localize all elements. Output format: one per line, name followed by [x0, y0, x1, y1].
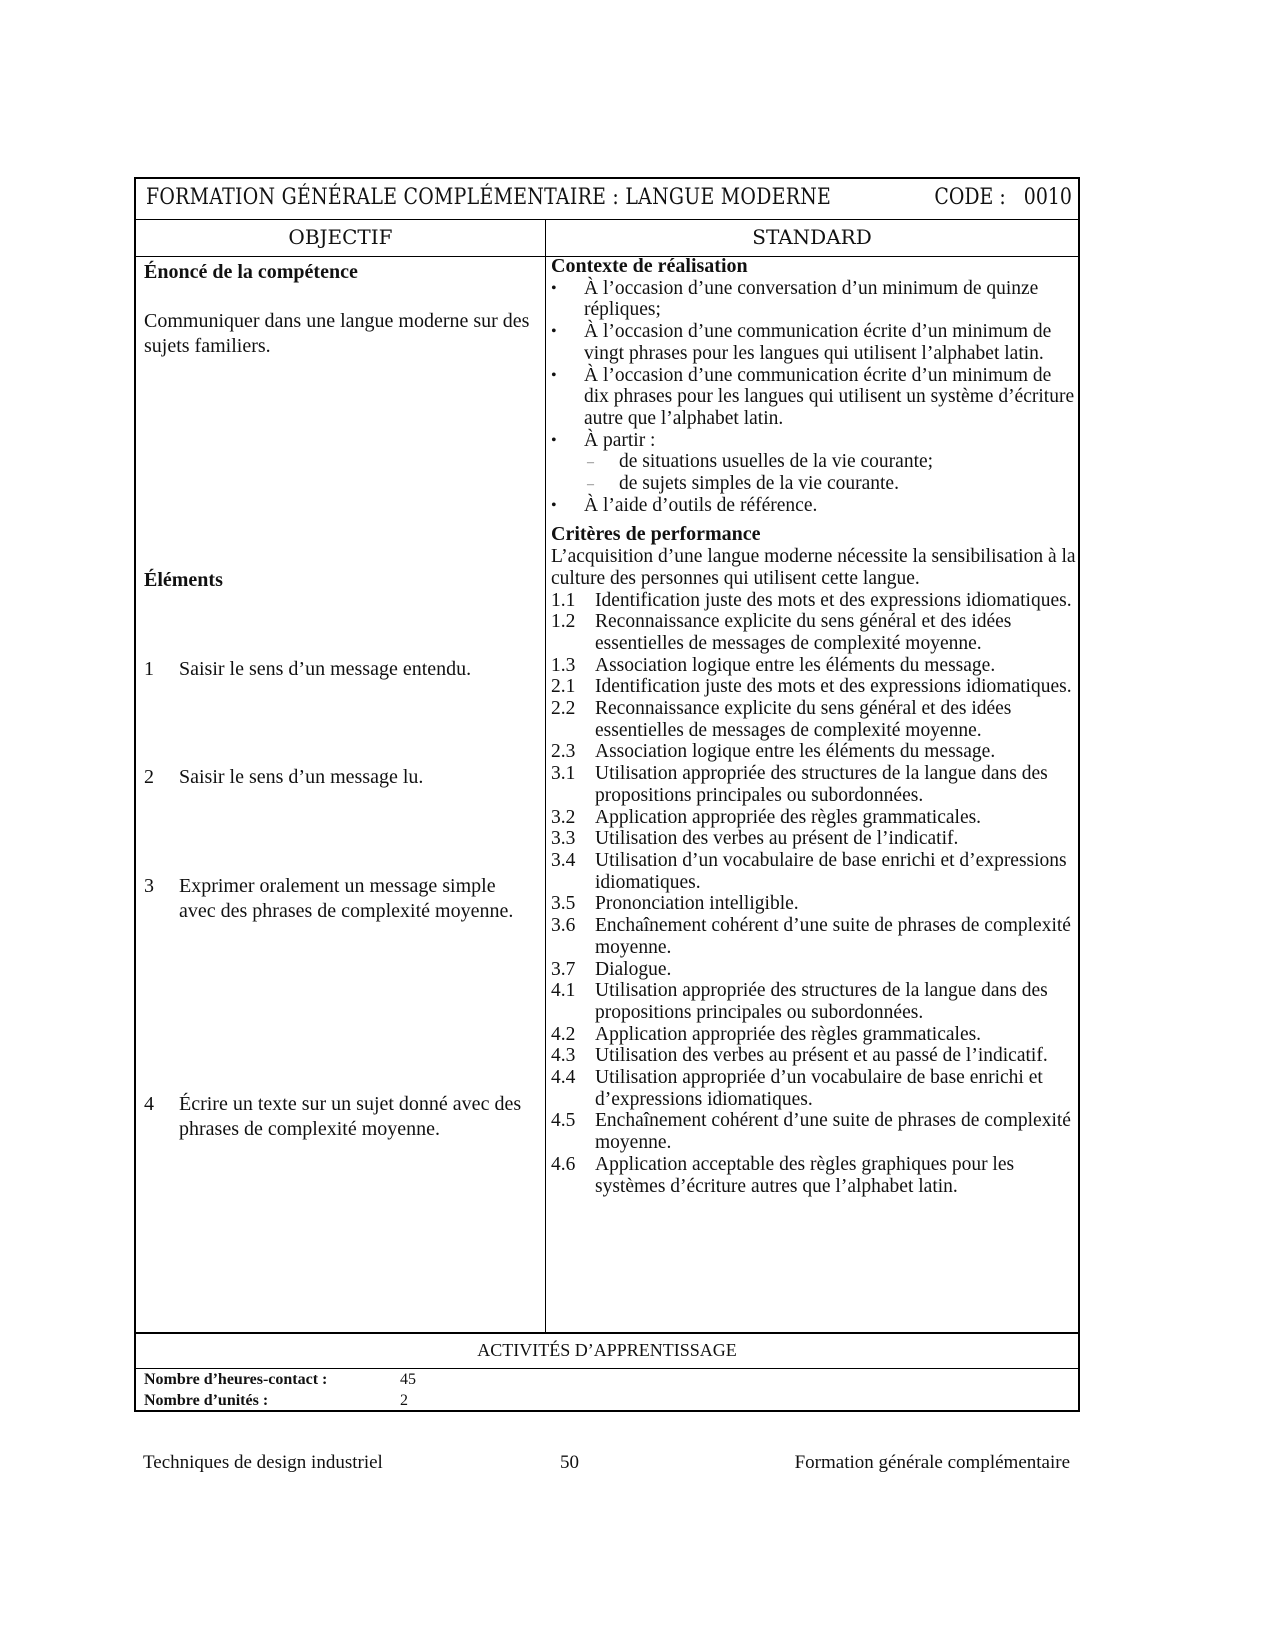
critere-number: 2.2: [551, 698, 575, 720]
column-header-standard: STANDARD: [546, 219, 1078, 256]
hours-block: Nombre d’heures-contact :45 Nombre d’uni…: [144, 1369, 416, 1411]
footer-section: Formation générale complémentaire: [795, 1452, 1070, 1474]
critere-text: Prononciation intelligible.: [595, 893, 799, 914]
critere-item: 3.4Utilisation d’un vocabulaire de base …: [551, 850, 1076, 893]
element-item: 3Exprimer oralement un message simple av…: [144, 874, 539, 924]
critere-text: Application acceptable des règles graphi…: [595, 1154, 1014, 1197]
critere-item: 3.6Enchaînement cohérent d’une suite de …: [551, 915, 1076, 958]
contact-hours-row: Nombre d’heures-contact :45: [144, 1369, 416, 1390]
critere-item: 4.3Utilisation des verbes au présent et …: [551, 1045, 1076, 1067]
code-label: CODE :: [934, 185, 1005, 210]
code-value: 0010: [1024, 185, 1072, 210]
critere-number: 3.3: [551, 828, 575, 850]
units-value: 2: [400, 1392, 408, 1409]
title-row: FORMATION GÉNÉRALE COMPLÉMENTAIRE : LANG…: [136, 179, 1078, 220]
contexte-item: À partir :: [551, 430, 1076, 452]
critere-item: 2.1Identification juste des mots et des …: [551, 676, 1076, 698]
critere-item: 1.3Association logique entre les élément…: [551, 655, 1076, 677]
column-header-row: OBJECTIF STANDARD: [136, 219, 1078, 257]
criteres-heading: Critères de performance: [551, 524, 1076, 546]
element-item: 2Saisir le sens d’un message lu.: [144, 765, 539, 790]
column-header-objectif: OBJECTIF: [136, 219, 545, 256]
critere-text: Association logique entre les éléments d…: [595, 655, 995, 676]
critere-item: 3.2Application appropriée des règles gra…: [551, 807, 1076, 829]
critere-text: Utilisation d’un vocabulaire de base enr…: [595, 850, 1067, 893]
critere-number: 1.1: [551, 590, 575, 612]
contexte-subitem: de sujets simples de la vie courante.: [551, 473, 1076, 495]
critere-text: Utilisation appropriée des structures de…: [595, 980, 1048, 1023]
contexte-item: À l’occasion d’une communication écrite …: [551, 321, 1076, 364]
critere-number: 3.1: [551, 763, 575, 785]
units-label: Nombre d’unités :: [144, 1390, 400, 1411]
critere-item: 3.7Dialogue.: [551, 959, 1076, 981]
objectif-column: Énoncé de la compétence Communiquer dans…: [144, 261, 539, 359]
critere-text: Enchaînement cohérent d’une suite de phr…: [595, 915, 1071, 958]
critere-item: 2.3Association logique entre les élément…: [551, 741, 1076, 763]
contact-hours-label: Nombre d’heures-contact :: [144, 1369, 400, 1390]
contexte-list: À l’occasion d’une conversation d’un min…: [551, 278, 1076, 517]
footer-page-number: 50: [560, 1452, 579, 1474]
elements-heading: Éléments: [144, 569, 223, 592]
critere-number: 2.3: [551, 741, 575, 763]
critere-text: Utilisation des verbes au présent et au …: [595, 1045, 1048, 1066]
critere-item: 4.5Enchaînement cohérent d’une suite de …: [551, 1110, 1076, 1153]
critere-number: 1.2: [551, 611, 575, 633]
code: CODE : 0010: [934, 185, 1072, 210]
critere-item: 3.5Prononciation intelligible.: [551, 893, 1076, 915]
critere-item: 4.1Utilisation appropriée des structures…: [551, 980, 1076, 1023]
contact-hours-value: 45: [400, 1371, 416, 1388]
contexte-item: À l’aide d’outils de référence.: [551, 495, 1076, 517]
contexte-item: À l’occasion d’une communication écrite …: [551, 365, 1076, 430]
critere-number: 3.5: [551, 893, 575, 915]
document-title: FORMATION GÉNÉRALE COMPLÉMENTAIRE : LANG…: [146, 185, 831, 210]
critere-number: 4.3: [551, 1045, 575, 1067]
critere-text: Dialogue.: [595, 959, 671, 980]
critere-number: 4.2: [551, 1024, 575, 1046]
contexte-item: À l’occasion d’une conversation d’un min…: [551, 278, 1076, 321]
column-divider: [545, 219, 546, 1332]
critere-number: 3.6: [551, 915, 575, 937]
critere-number: 1.3: [551, 655, 575, 677]
critere-text: Identification juste des mots et des exp…: [595, 590, 1072, 611]
standard-column: Contexte de réalisation À l’occasion d’u…: [551, 256, 1076, 1197]
competence-heading: Énoncé de la compétence: [144, 261, 539, 284]
critere-item: 4.6Application acceptable des règles gra…: [551, 1154, 1076, 1197]
critere-item: 2.2Reconnaissance explicite du sens géné…: [551, 698, 1076, 741]
contexte-subitem: de situations usuelles de la vie courant…: [551, 451, 1076, 473]
critere-number: 3.7: [551, 959, 575, 981]
critere-item: 1.2Reconnaissance explicite du sens géné…: [551, 611, 1076, 654]
critere-text: Application appropriée des règles gramma…: [595, 807, 981, 828]
critere-item: 3.1Utilisation appropriée des structures…: [551, 763, 1076, 806]
activites-heading: ACTIVITÉS D’APPRENTISSAGE: [136, 1332, 1078, 1369]
critere-number: 2.1: [551, 676, 575, 698]
criteres-list: 1.1Identification juste des mots et des …: [551, 590, 1076, 1198]
criteres-intro: L’acquisition d’une langue moderne néces…: [551, 546, 1076, 589]
critere-item: 1.1Identification juste des mots et des …: [551, 590, 1076, 612]
critere-text: Utilisation appropriée des structures de…: [595, 763, 1048, 806]
critere-item: 4.4Utilisation appropriée d’un vocabulai…: [551, 1067, 1076, 1110]
element-item: 4Écrire un texte sur un sujet donné avec…: [144, 1092, 539, 1142]
critere-item: 3.3Utilisation des verbes au présent de …: [551, 828, 1076, 850]
critere-number: 4.4: [551, 1067, 575, 1089]
competency-table: FORMATION GÉNÉRALE COMPLÉMENTAIRE : LANG…: [134, 177, 1080, 1412]
critere-number: 4.5: [551, 1110, 575, 1132]
footer-program: Techniques de design industriel: [143, 1452, 383, 1474]
critere-number: 4.6: [551, 1154, 575, 1176]
critere-text: Utilisation des verbes au présent de l’i…: [595, 828, 958, 849]
critere-text: Enchaînement cohérent d’une suite de phr…: [595, 1110, 1071, 1153]
units-row: Nombre d’unités :2: [144, 1390, 416, 1411]
contexte-heading: Contexte de réalisation: [551, 256, 1076, 278]
critere-number: 3.2: [551, 807, 575, 829]
competence-text: Communiquer dans une langue moderne sur …: [144, 309, 539, 359]
critere-number: 4.1: [551, 980, 575, 1002]
critere-text: Reconnaissance explicite du sens général…: [595, 611, 1011, 654]
critere-text: Reconnaissance explicite du sens général…: [595, 698, 1011, 741]
critere-text: Identification juste des mots et des exp…: [595, 676, 1072, 697]
critere-text: Utilisation appropriée d’un vocabulaire …: [595, 1067, 1043, 1110]
critere-text: Association logique entre les éléments d…: [595, 741, 995, 762]
critere-text: Application appropriée des règles gramma…: [595, 1024, 981, 1045]
element-item: 1Saisir le sens d’un message entendu.: [144, 657, 539, 682]
critere-number: 3.4: [551, 850, 575, 872]
critere-item: 4.2Application appropriée des règles gra…: [551, 1024, 1076, 1046]
